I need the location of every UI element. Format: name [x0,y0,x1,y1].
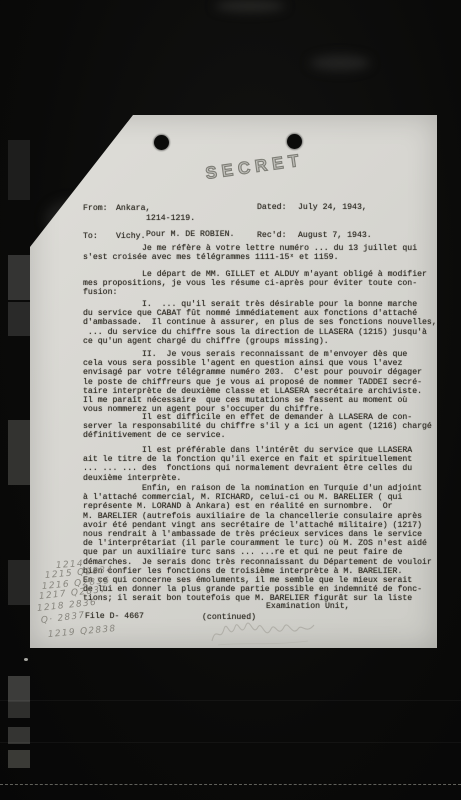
film-edge-mark [8,560,30,605]
scan-smudge [215,0,285,12]
film-edge-mark [8,302,30,336]
salutation: Pour M. DE ROBIEN. [146,230,461,239]
signature-scribble-icon [208,615,318,649]
dated-row: Dated: July 24, 1943, [257,203,372,212]
paragraph: II. Je vous serais reconnaissant de m'en… [83,350,447,414]
paragraph: I. ... qu'il serait très désirable pour … [83,300,447,346]
dated-value: July 24, 1943, [298,203,367,212]
from-value: Ankara, [116,204,150,213]
from-label: From: [83,204,116,213]
telegram-numbers: 1214-1219. [146,214,461,223]
paragraph: Enfin, en raison de la nomination en Tur… [83,484,447,604]
document-paper: SECRET From: Ankara, To: Vichy. Dated: J… [30,115,437,648]
to-row: To: Vichy. [83,232,150,241]
margin-note: 1219 Q2838 [48,624,117,640]
film-edge-mark [8,676,30,702]
film-edge-mark [8,140,30,200]
film-edge-mark [8,750,30,768]
scan-streak [0,700,461,701]
hole-punch-left-icon [154,135,169,150]
scan-smudge [310,55,370,71]
scan-speck [24,658,28,661]
hole-punch-right-icon [287,134,302,149]
secret-stamp: SECRET [204,146,336,184]
dated-label: Dated: [257,203,298,212]
film-edge-mark [8,420,30,485]
to-value: Vichy. [116,232,145,241]
film-edge-mark [8,702,30,718]
to-label: To: [83,232,116,241]
scan-streak [0,742,461,743]
from-row: From: Ankara, [83,204,150,213]
film-edge-mark [8,255,30,300]
film-frame-line [0,784,461,785]
signoff: Examination Unit, [266,602,461,611]
scanned-photograph: SECRET From: Ankara, To: Vichy. Dated: J… [0,0,461,800]
paragraph: Il est préférable dans l'intérêt du serv… [83,446,447,483]
paragraph: Il est difficile en effet de demander à … [83,413,447,441]
paragraph: Le départ de MM. GILLET et ALDUY m'ayant… [83,270,447,298]
paragraph: Je me réfère à votre lettre numéro ... d… [83,244,447,262]
